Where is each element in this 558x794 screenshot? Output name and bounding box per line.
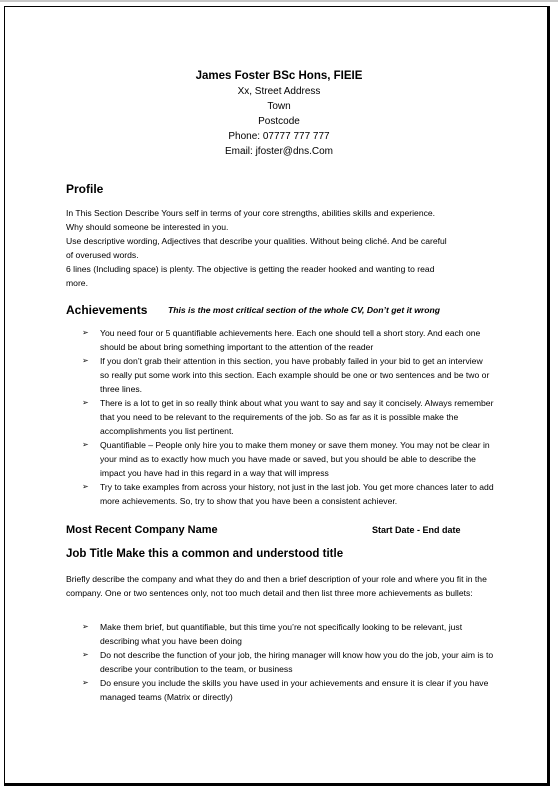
town: Town [0,99,558,114]
list-item: ➢Quantifiable – People only hire you to … [82,438,494,480]
list-item: ➢Do not describe the function of your jo… [82,648,494,676]
phone: Phone: 07777 777 777 [0,129,558,144]
list-item: ➢If you don’t grab their attention in th… [82,354,494,396]
company-description: Briefly describe the company and what th… [66,572,496,600]
arrow-bullet-icon: ➢ [82,354,89,368]
profile-line: of overused words. [66,248,496,262]
arrow-bullet-icon: ➢ [82,620,89,634]
window-top-band [0,0,558,2]
list-item: ➢You need four or 5 quantifiable achieve… [82,326,494,354]
employment-dates: Start Date - End date [372,525,461,535]
achievements-heading: Achievements [66,303,147,317]
achievements-list: ➢You need four or 5 quantifiable achieve… [82,326,494,508]
arrow-bullet-icon: ➢ [82,438,89,452]
profile-line: In This Section Describe Yours self in t… [66,206,496,220]
profile-line: more. [66,276,496,290]
email: Email: jfoster@dns.Com [0,144,558,159]
profile-line: 6 lines (Including space) is plenty. The… [66,262,496,276]
street-address: Xx, Street Address [0,84,558,99]
profile-line: Why should someone be interested in you. [66,220,496,234]
list-item: ➢There is a lot to get in so really thin… [82,396,494,438]
company-name: Most Recent Company Name [66,524,218,536]
achievements-tagline: This is the most critical section of the… [168,305,440,315]
arrow-bullet-icon: ➢ [82,396,89,410]
arrow-bullet-icon: ➢ [82,480,89,494]
list-item: ➢Make them brief, but quantifiable, but … [82,620,494,648]
list-item: ➢Do ensure you include the skills you ha… [82,676,494,704]
list-item: ➢Try to take examples from across your h… [82,480,494,508]
arrow-bullet-icon: ➢ [82,648,89,662]
job-title: Job Title Make this a common and underst… [66,548,343,560]
profile-text: In This Section Describe Yours self in t… [66,206,496,290]
job-achievements-list: ➢Make them brief, but quantifiable, but … [82,620,494,704]
contact-header: James Foster BSc Hons, FIEIE Xx, Street … [0,68,558,159]
profile-line: Use descriptive wording, Adjectives that… [66,234,496,248]
postcode: Postcode [0,114,558,129]
arrow-bullet-icon: ➢ [82,676,89,690]
profile-heading: Profile [66,182,103,196]
arrow-bullet-icon: ➢ [82,326,89,340]
candidate-name: James Foster BSc Hons, FIEIE [0,68,558,84]
